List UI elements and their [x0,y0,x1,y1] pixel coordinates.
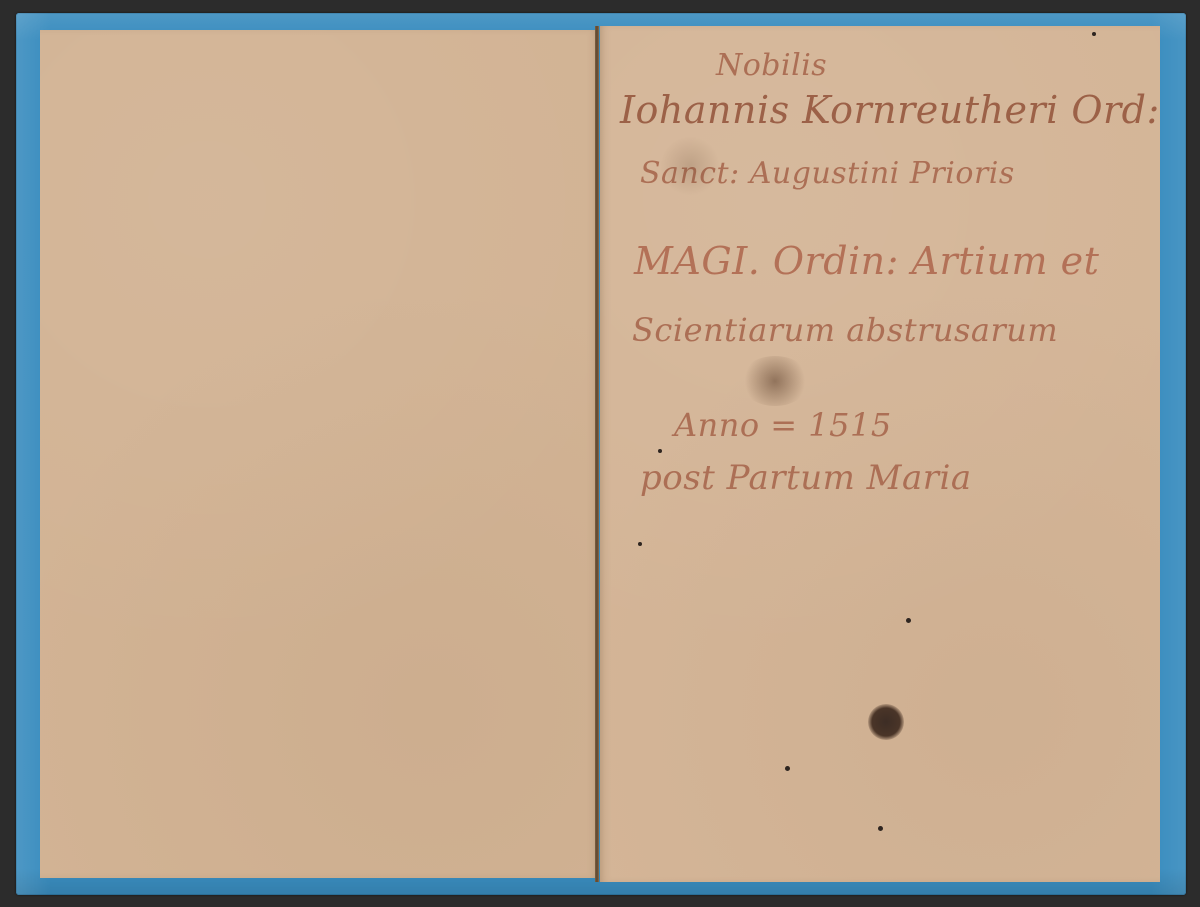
handwritten-line-6: Anno = 1515 [674,406,892,444]
left-page [40,30,598,878]
ink-dot [658,449,662,453]
ink-dot [785,766,790,771]
ink-smudge [740,356,810,406]
handwritten-line-7: post Partum Maria [640,458,972,498]
handwritten-line-4: MAGI. Ordin: Artium et [634,239,1099,283]
ink-dot [1092,32,1096,36]
handwritten-line-5: Scientiarum abstrusarum [632,311,1058,349]
book-spine-gutter [595,26,599,882]
ink-dot [906,618,911,623]
ink-dot [878,826,883,831]
right-page: Nobilis Iohannis Kornreutheri Ord: Sanct… [600,26,1160,882]
ink-dot [638,542,642,546]
paper-stain [660,136,720,196]
handwritten-line-1: Nobilis [716,48,827,83]
ink-blot [868,704,904,740]
handwritten-line-2: Iohannis Kornreutheri Ord: [620,88,1160,132]
